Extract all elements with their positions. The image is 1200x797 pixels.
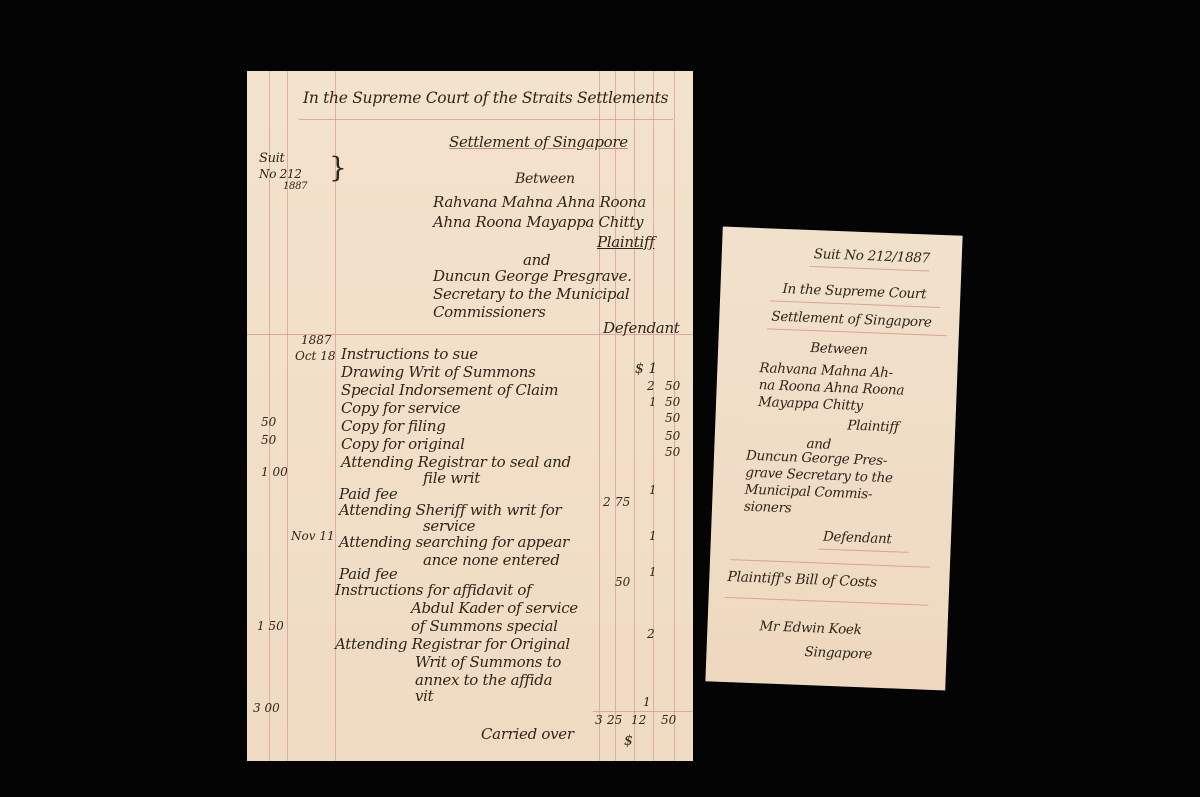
docket-court: In the Supreme Court (782, 281, 926, 303)
docket-cover: Suit No 212/1887 In the Supreme Court Se… (705, 227, 962, 691)
entry-description: Copy for original (341, 435, 465, 453)
entry-dollars: $ 1 (635, 361, 657, 377)
totals-rule (593, 711, 693, 712)
divider (725, 597, 929, 606)
entry-description: Instructions for affidavit of (335, 581, 531, 599)
entry-description: file writ (423, 469, 480, 487)
entry-date: Oct 18 (295, 349, 335, 363)
entry-dollars: 1 (649, 395, 657, 409)
bill-of-costs-sheet: In the Supreme Court of the Straits Sett… (247, 71, 693, 761)
entry-description: Writ of Summons to (415, 653, 561, 671)
entry-margin-amount: 1 00 (261, 465, 288, 479)
suit-label: Suit (259, 151, 284, 166)
entry-description: Special Indorsement of Claim (341, 381, 558, 399)
entry-description: ance none entered (423, 551, 560, 569)
defendant-name-line-2: Secretary to the Municipal (433, 285, 629, 303)
dollar-sign: $ (624, 733, 633, 749)
suit-year: 1887 (283, 181, 307, 192)
margin-total: 3 00 (253, 701, 280, 715)
entry-description: Copy for filing (341, 417, 446, 435)
entry-description: Attending searching for appear (339, 533, 569, 551)
entry-fee-dollars: 2 (603, 495, 611, 509)
settlement-title: Settlement of Singapore (449, 133, 628, 151)
docket-between: Between (810, 340, 868, 358)
entry-description: annex to the affida (415, 671, 552, 689)
entry-description: Drawing Writ of Summons (341, 363, 536, 381)
court-title: In the Supreme Court of the Straits Sett… (303, 89, 668, 107)
amount-column-rule (634, 71, 635, 761)
plaintiff-name-line-2: Ahna Roona Mayappa Chitty (433, 213, 643, 231)
entry-description: vit (415, 687, 433, 705)
entry-dollars: 2 (647, 379, 655, 393)
carried-over-label: Carried over (481, 725, 574, 743)
title-underline (299, 119, 673, 120)
entry-cents: 50 (665, 429, 680, 443)
entry-dollars: 1 (649, 529, 657, 543)
underline (809, 266, 929, 272)
plaintiff-label: Plaintiff (597, 233, 655, 251)
fees-total-dollars: 3 (595, 713, 603, 727)
entry-margin-amount: 50 (261, 415, 276, 429)
docket-settlement: Settlement of Singapore (771, 308, 932, 330)
entry-fee-cents: 50 (615, 575, 630, 589)
underline (818, 548, 908, 552)
amount-column-rule (615, 71, 616, 761)
suit-number: No 212 (259, 167, 302, 181)
divider (730, 559, 930, 568)
entry-fee-cents: 75 (615, 495, 630, 509)
costs-total-dollars: 12 (631, 713, 646, 727)
docket-defendant-line-4: sioners (744, 499, 792, 517)
plaintiff-name-line-1: Rahvana Mahna Ahna Roona (433, 193, 646, 211)
entry-margin-amount: 50 (261, 433, 276, 447)
entry-cents: 50 (665, 445, 680, 459)
defendant-name-line-1: Duncun George Presgrave. (433, 267, 632, 285)
entry-cents: 50 (665, 411, 680, 425)
docket-title: Plaintiff's Bill of Costs (727, 569, 877, 591)
docket-plaintiff-label: Plaintiff (847, 417, 899, 435)
entry-dollars: 2 (647, 627, 655, 641)
docket-defendant-label: Defendant (823, 529, 892, 548)
entry-cents: 50 (665, 395, 680, 409)
entry-description: Attending Registrar for Original (335, 635, 570, 653)
entry-margin-amount: 1 50 (257, 619, 284, 633)
amount-column-rule (599, 71, 600, 761)
entry-date: Nov 11 (291, 529, 335, 543)
brace: } (329, 151, 347, 184)
entry-dollars: 1 (649, 483, 657, 497)
docket-plaintiff-line-3: Mayappa Chitty (758, 394, 863, 414)
entry-dollars: 1 (643, 695, 651, 709)
costs-total-cents: 50 (661, 713, 676, 727)
entry-cents: 50 (665, 379, 680, 393)
entry-description: of Summons special (411, 617, 558, 635)
entry-description: Instructions to sue (341, 345, 478, 363)
entry-dollars: 1 (649, 565, 657, 579)
docket-addressee: Mr Edwin Koek (759, 618, 862, 638)
docket-place: Singapore (804, 644, 872, 663)
between-label: Between (515, 171, 575, 187)
amount-column-rule (653, 71, 654, 761)
fees-total-cents: 25 (607, 713, 622, 727)
entry-date: 1887 (301, 333, 332, 347)
entry-description: Copy for service (341, 399, 460, 417)
docket-suit-number: Suit No 212/1887 (814, 246, 931, 266)
defendant-name-line-3: Commissioners (433, 303, 545, 321)
entry-description: Abdul Kader of service (411, 599, 578, 617)
defendant-label: Defendant (603, 319, 680, 337)
